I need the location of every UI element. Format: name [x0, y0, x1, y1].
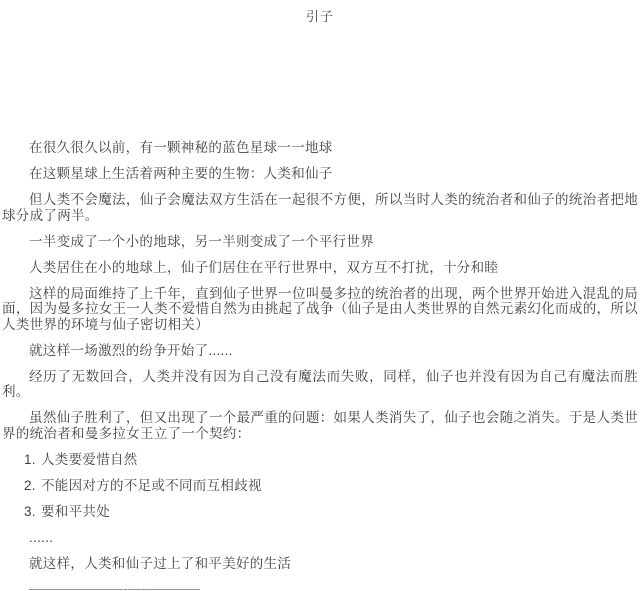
paragraph-3: 但人类不会魔法，仙子会魔法双方生活在一起很不方便，所以当时人类的统治者和仙子的统… — [2, 192, 638, 223]
document-body: 在很久很久以前，有一颗神秘的蓝色星球一一地球 在这颗星球上生活着两种主要的生物：… — [0, 140, 640, 591]
paragraph-4: 一半变成了一个小的地球，另一半则变成了一个平行世界 — [2, 234, 638, 250]
paragraph-7: 就这样一场激烈的纷争开始了...... — [2, 343, 638, 359]
list-item-number: 2. — [24, 478, 41, 494]
paragraph-8: 经历了无数回合，人类并没有因为自己没有魔法而失败，同样，仙子也并没有因为自己有魔… — [2, 369, 638, 400]
closing-paragraph: 就这样，人类和仙子过上了和平美好的生活 — [2, 556, 638, 572]
list-item-text: 不能因对方的不足或不同而互相歧视 — [41, 478, 262, 493]
paragraph-9: 虽然仙子胜利了，但又出现了一个最严重的问题：如果人类消失了，仙子也会随之消失。于… — [2, 410, 638, 441]
signature-dash-line: ———————-—-———— — [2, 581, 638, 591]
numbered-list-item-3: 3.要和平共处 — [2, 504, 638, 520]
list-item-number: 1. — [24, 452, 41, 468]
list-item-number: 3. — [24, 504, 41, 520]
paragraph-5: 人类居住在小的地球上，仙子们居住在平行世界中，双方互不打扰，十分和睦 — [2, 260, 638, 276]
numbered-list-item-1: 1.人类要爱惜自然 — [2, 452, 638, 468]
paragraph-1: 在很久很久以前，有一颗神秘的蓝色星球一一地球 — [2, 140, 638, 156]
list-item-text: 要和平共处 — [41, 504, 110, 519]
contract-list: 1.人类要爱惜自然 2.不能因对方的不足或不同而互相歧视 3.要和平共处 — [2, 452, 638, 520]
numbered-list-item-2: 2.不能因对方的不足或不同而互相歧视 — [2, 478, 638, 494]
paragraph-2: 在这颗星球上生活着两种主要的生物：人类和仙子 — [2, 166, 638, 182]
paragraph-6: 这样的局面维持了上千年，直到仙子世界一位叫曼多拉的统治者的出现，两个世界开始进入… — [2, 286, 638, 333]
list-item-text: 人类要爱惜自然 — [41, 452, 138, 467]
ellipsis-line: ...... — [2, 530, 638, 546]
document-title: 引子 — [0, 0, 640, 25]
document-page: 引子 在很久很久以前，有一颗神秘的蓝色星球一一地球 在这颗星球上生活着两种主要的… — [0, 0, 640, 591]
